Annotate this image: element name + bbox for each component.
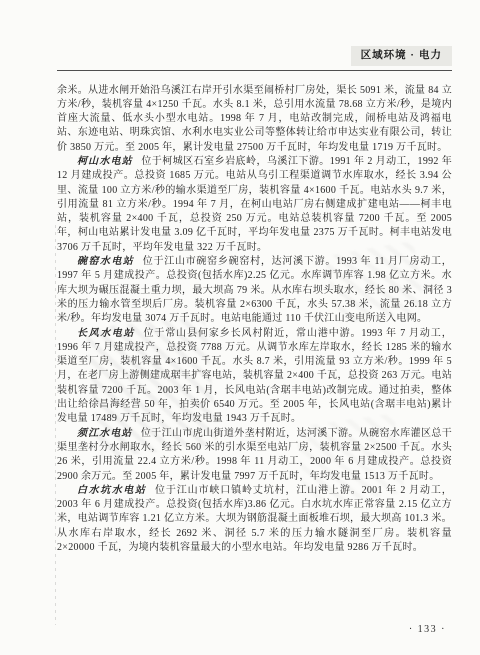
page-number: · 133 · (57, 624, 452, 635)
station-description: 位于常山县何家乡长风村附近，常山港中游。1993 年 7 月动工，1996 年 … (57, 328, 452, 425)
station-entry: 须江水电站位于江山市虎山街道外垄村附近，达河溪下游。从碗窑水库灌区总干渠里垄村分… (57, 427, 452, 484)
paragraph-continuation: 余米。从进水闸开始沿乌溪江右岸开引水渠至闹桥村厂房处，渠长 5091 米，流量 … (57, 84, 452, 155)
book-page: 区域环境 · 电力 余米。从进水闸开始沿乌溪江右岸开引水渠至闹桥村厂房处，渠长 … (0, 0, 480, 655)
station-description: 位于柯城区石室乡岩底岭，乌溪江下游。1991 年 2 月动工，1992 年 12… (57, 156, 452, 253)
station-entry: 柯山水电站位于柯城区石室乡岩底岭，乌溪江下游。1991 年 2 月动工，1992… (57, 155, 452, 255)
page-header: 区域环境 · 电力 (57, 46, 452, 71)
station-name: 白水坑水电站 (77, 485, 155, 496)
station-name: 须江水电站 (77, 428, 141, 439)
station-entry: 长风水电站位于常山县何家乡长风村附近，常山港中游。1993 年 7 月动工，19… (57, 327, 452, 427)
station-entry: 碗窑水电站位于江山市碗窑乡碗窑村，达河溪下游。1993 年 11 月厂房动工，1… (57, 255, 452, 326)
station-name: 碗窑水电站 (77, 256, 143, 267)
scan-artifact-line (55, 225, 56, 625)
station-name: 长风水电站 (77, 328, 143, 339)
section-header-badge: 区域环境 · 电力 (351, 46, 452, 66)
page-body-text: 余米。从进水闸开始沿乌溪江右岸开引水渠至闹桥村厂房处，渠长 5091 米，流量 … (57, 84, 452, 556)
station-entry: 白水坑水电站位于江山市峡口镇岭丈坑村，江山港上游。2001 年 2 月动工，20… (57, 484, 452, 555)
station-name: 柯山水电站 (77, 156, 141, 167)
